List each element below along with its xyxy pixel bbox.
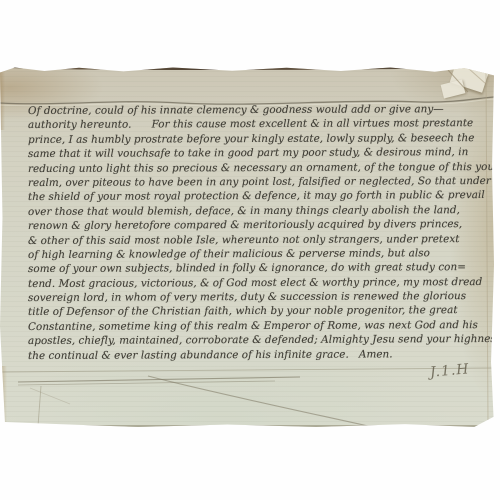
manuscript-line: the continual & ever lasting abundance o… bbox=[28, 347, 488, 363]
manuscript-text: Of doctrine, could of his innate clemenc… bbox=[28, 103, 488, 362]
manuscript-line: some of your own subjects, blinded in fo… bbox=[28, 260, 488, 276]
photo-background: Of doctrine, could of his innate clemenc… bbox=[0, 0, 500, 500]
paper-bottom-edge bbox=[0, 425, 494, 427]
manuscript-line: apostles, chiefly, maintained, corrobora… bbox=[28, 332, 488, 348]
manuscript-line: the shield of your most royal protection… bbox=[28, 188, 488, 204]
manuscript-line: renown & glory heretofore compared & mer… bbox=[28, 217, 488, 233]
shelfmark: J.1.H bbox=[429, 361, 470, 380]
manuscript-page: Of doctrine, could of his innate clemenc… bbox=[0, 66, 494, 427]
manuscript-line: same that it will vouchsafe to take in g… bbox=[28, 145, 488, 161]
